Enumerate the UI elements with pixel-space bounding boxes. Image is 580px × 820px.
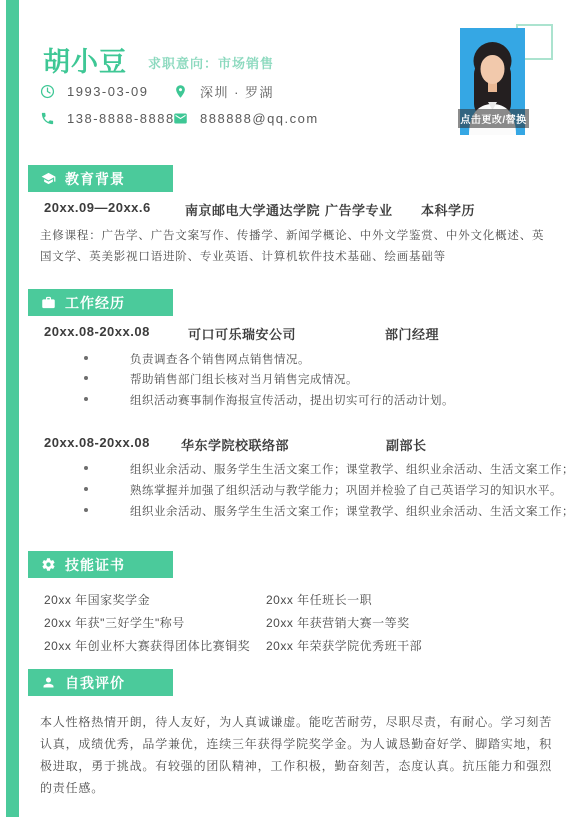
education-major: 广告学专业 <box>325 200 393 219</box>
work-role: 部门经理 <box>385 324 439 343</box>
briefcase-icon <box>41 295 56 310</box>
work-period: 20xx.08-20xx.08 <box>44 435 150 450</box>
section-title: 教育背景 <box>65 169 125 189</box>
skill-item: 20xx 年获营销大赛一等奖 <box>266 614 410 631</box>
graduation-cap-icon <box>41 171 56 186</box>
section-header-education: 教育背景 <box>28 165 173 192</box>
bullet-text: 组织业余活动、服务学生生活文案工作；课堂教学、组织业余活动、生活文案工作； <box>130 503 574 519</box>
skills-row: 20xx 年创业杯大赛获得团体比赛铜奖 20xx 年荣获学院优秀班干部 <box>28 637 552 653</box>
work-bullet: 组织业余活动、服务学生生活文案工作；课堂教学、组织业余活动、生活文案工作； <box>84 461 552 477</box>
bullet-dot <box>84 466 88 470</box>
skill-item: 20xx 年获"三好学生"称号 <box>44 614 185 631</box>
section-title: 工作经历 <box>65 293 125 313</box>
work-entry-row: 20xx.08-20xx.08 可口可乐瑞安公司 部门经理 <box>28 324 552 341</box>
contact-phone: 138-8888-8888 <box>40 110 175 127</box>
location-value: 深圳 · 罗湖 <box>200 82 274 101</box>
section-header-work: 工作经历 <box>28 289 173 316</box>
left-accent-bar <box>6 0 19 817</box>
work-bullet: 组织活动赛事制作海报宣传活动，提出切实可行的活动计划。 <box>84 392 552 408</box>
gear-icon <box>41 557 56 572</box>
email-icon <box>173 111 188 126</box>
skills-row: 20xx 年获"三好学生"称号 20xx 年获营销大赛一等奖 <box>28 614 552 630</box>
job-intention: 求职意向：市场销售 <box>148 53 274 72</box>
skill-item: 20xx 年国家奖学金 <box>44 591 150 608</box>
contact-location: 深圳 · 罗湖 <box>173 83 274 100</box>
education-period: 20xx.09—20xx.6 <box>44 200 151 215</box>
bullet-text: 组织业余活动、服务学生生活文案工作；课堂教学、组织业余活动、生活文案工作； <box>130 461 574 477</box>
work-bullet: 负责调查各个销售网点销售情况。 <box>84 351 552 367</box>
photo-replace-button[interactable]: 点击更改/替换 <box>458 109 529 128</box>
self-evaluation-text: 本人性格热情开朗，待人友好，为人真诚谦虚。能吃苦耐劳，尽职尽责，有耐心。学习刻苦… <box>40 711 552 799</box>
skills-row: 20xx 年国家奖学金 20xx 年任班长一职 <box>28 591 552 607</box>
profile-photo[interactable]: 点击更改/替换 <box>460 28 525 135</box>
candidate-name: 胡小豆 <box>43 40 127 79</box>
email-value: 888888@qq.com <box>200 111 319 126</box>
skill-item: 20xx 年荣获学院优秀班干部 <box>266 637 422 654</box>
work-entry-row: 20xx.08-20xx.08 华东学院校联络部 副部长 <box>28 435 552 452</box>
clock-icon <box>40 84 55 99</box>
bullet-dot <box>84 376 88 380</box>
work-role: 副部长 <box>386 435 427 454</box>
section-title: 自我评价 <box>65 673 125 693</box>
work-company: 可口可乐瑞安公司 <box>188 324 296 343</box>
skill-item: 20xx 年创业杯大赛获得团体比赛铜奖 <box>44 637 250 654</box>
bullet-dot <box>84 508 88 512</box>
bullet-text: 负责调查各个销售网点销售情况。 <box>130 351 310 367</box>
education-degree: 本科学历 <box>421 200 475 219</box>
bullet-dot <box>84 397 88 401</box>
location-icon <box>173 84 188 99</box>
skill-item: 20xx 年任班长一职 <box>266 591 372 608</box>
bullet-dot <box>84 356 88 360</box>
section-header-skills: 技能证书 <box>28 551 173 578</box>
bullet-text: 帮助销售部门组长核对当月销售完成情况。 <box>130 371 358 387</box>
education-entry-row: 20xx.09—20xx.6 南京邮电大学通达学院 广告学专业 本科学历 <box>28 200 552 217</box>
contact-email: 888888@qq.com <box>173 110 319 127</box>
birthdate-value: 1993-03-09 <box>67 84 149 99</box>
contact-birthdate: 1993-03-09 <box>40 83 149 100</box>
education-school: 南京邮电大学通达学院 <box>185 200 320 219</box>
work-bullet: 帮助销售部门组长核对当月销售完成情况。 <box>84 371 552 387</box>
phone-icon <box>40 111 55 126</box>
bullet-dot <box>84 487 88 491</box>
section-header-self-evaluation: 自我评价 <box>28 669 173 696</box>
work-company: 华东学院校联络部 <box>181 435 289 454</box>
section-title: 技能证书 <box>65 555 125 575</box>
education-description: 主修课程：广告学、广告文案写作、传播学、新闻学概论、中外文学鉴赏、中外文化概述、… <box>40 226 554 268</box>
work-period: 20xx.08-20xx.08 <box>44 324 150 339</box>
phone-value: 138-8888-8888 <box>67 111 175 126</box>
bullet-text: 组织活动赛事制作海报宣传活动，提出切实可行的活动计划。 <box>130 392 454 408</box>
resume-page: 胡小豆 求职意向：市场销售 1993-03-09 深圳 · 罗湖 138-888… <box>0 0 580 820</box>
person-icon <box>41 675 56 690</box>
bullet-text: 熟练掌握并加强了组织活动与教学能力；巩固并检验了自己英语学习的知识水平。 <box>130 482 562 498</box>
work-bullet: 熟练掌握并加强了组织活动与教学能力；巩固并检验了自己英语学习的知识水平。 <box>84 482 552 498</box>
work-bullet: 组织业余活动、服务学生生活文案工作；课堂教学、组织业余活动、生活文案工作； <box>84 503 552 519</box>
